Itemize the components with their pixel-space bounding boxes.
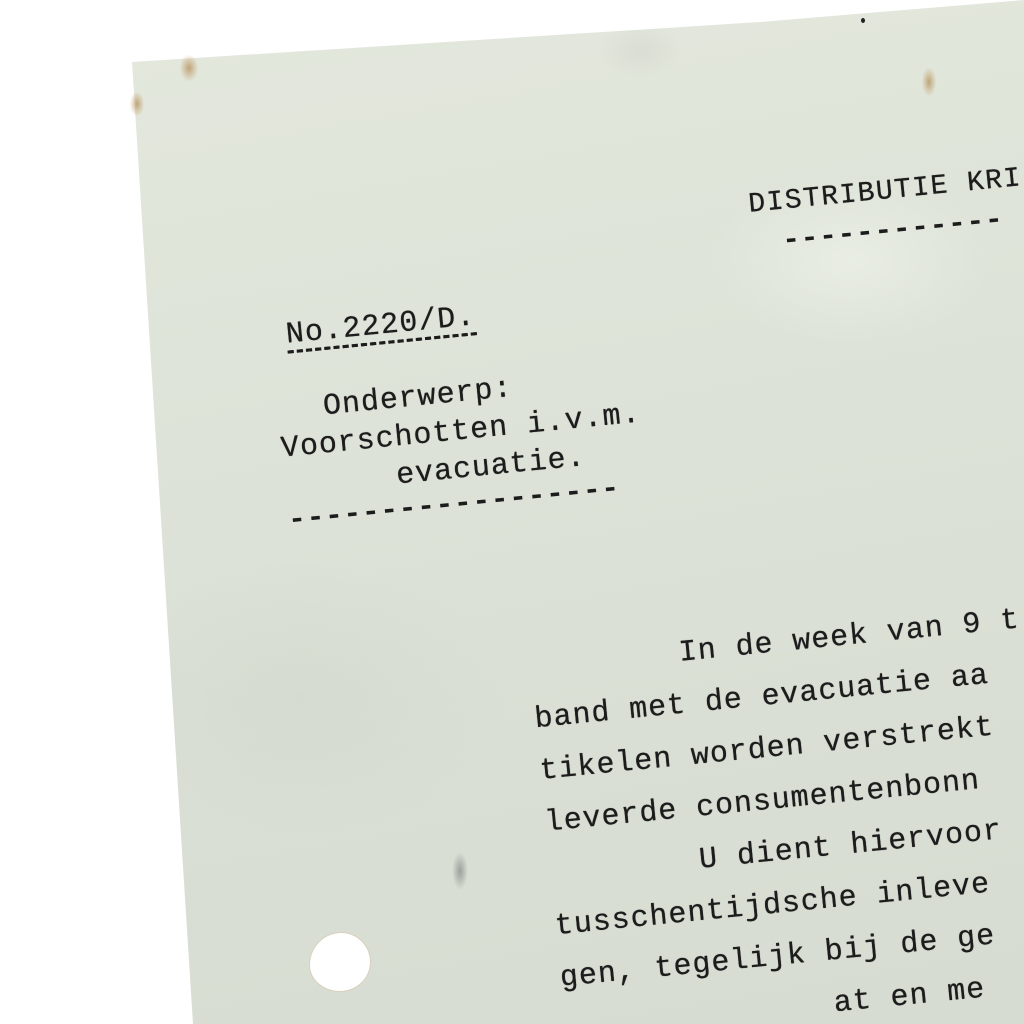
punch-hole <box>309 932 371 992</box>
typed-text-layer: DISTRIBUTIE KRI ------------ No.2220/D. … <box>0 0 1024 1019</box>
photo-stage: DISTRIBUTIE KRI ------------ No.2220/D. … <box>0 0 1024 1024</box>
body-line: U dient hiervoor <box>698 814 1004 878</box>
reference-number: No.2220/D. <box>284 300 476 352</box>
